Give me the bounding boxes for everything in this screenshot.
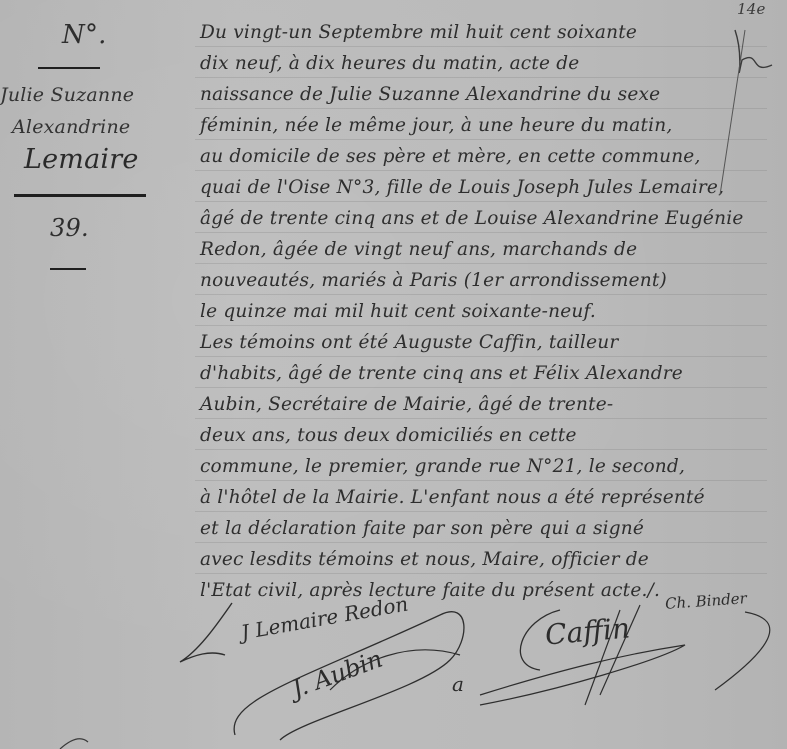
signature-initial: a [452, 672, 464, 696]
signature-flourishes [0, 0, 787, 749]
